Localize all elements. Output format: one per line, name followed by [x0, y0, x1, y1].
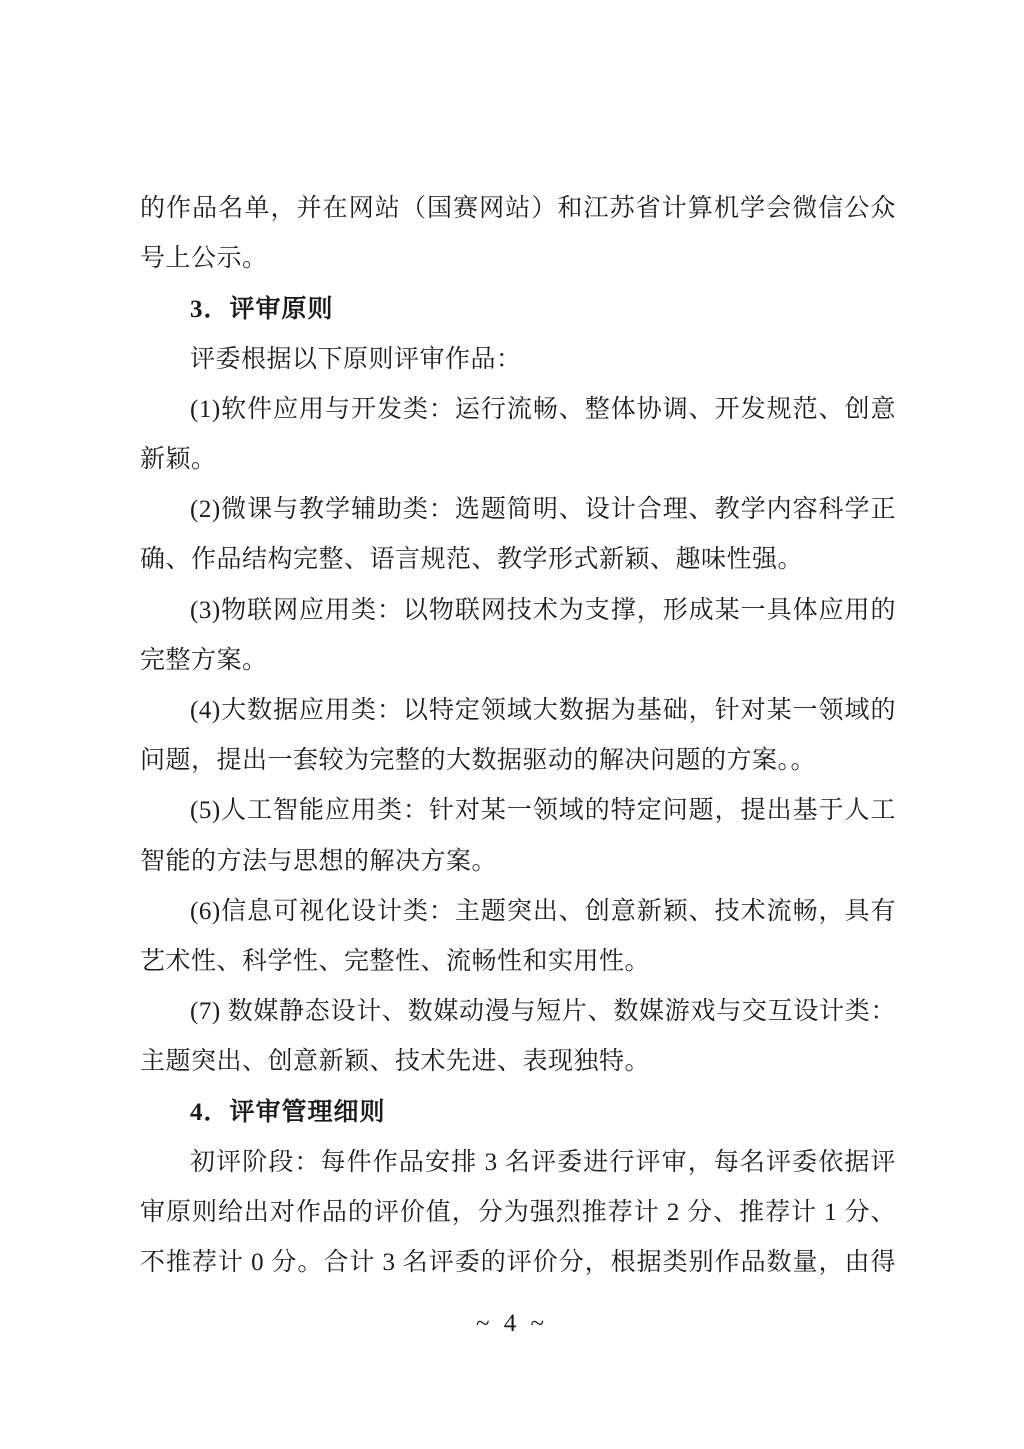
paragraph-line: (1)软件应用与开发类：运行流畅、整体协调、开发规范、创意 [140, 393, 896, 427]
section-3-heading: 3．评审原则 [140, 293, 896, 327]
paragraph-line: (6)信息可视化设计类：主题突出、创意新颖、技术流畅，具有 [140, 895, 896, 929]
paragraph-line: 初评阶段：每件作品安排 3 名评委进行评审，每名评委依据评 [140, 1146, 896, 1180]
paragraph-line: (4)大数据应用类：以特定领域大数据为基础，针对某一领域的 [140, 694, 896, 728]
paragraph-line: 艺术性、科学性、完整性、流畅性和实用性。 [140, 945, 896, 979]
section-4-heading: 4．评审管理细则 [140, 1096, 896, 1130]
paragraph-line: 不推荐计 0 分。合计 3 名评委的评价分，根据类别作品数量，由得 [140, 1246, 896, 1280]
paragraph-line: 审原则给出对作品的评价值，分为强烈推荐计 2 分、推荐计 1 分、 [140, 1196, 896, 1230]
paragraph-line: 完整方案。 [140, 644, 896, 678]
paragraph-line: 智能的方法与思想的解决方案。 [140, 845, 896, 879]
paragraph-line: 新颖。 [140, 443, 896, 477]
paragraph-line: 确、作品结构完整、语言规范、教学形式新颖、趣味性强。 [140, 543, 896, 577]
paragraph-line: (2)微课与教学辅助类：选题简明、设计合理、教学内容科学正 [140, 493, 896, 527]
page-number: ~ 4 ~ [0, 1308, 1024, 1340]
paragraph-line: 评委根据以下原则评审作品： [140, 343, 896, 377]
paragraph-line: (7) 数媒静态设计、数媒动漫与短片、数媒游戏与交互设计类： [140, 995, 896, 1029]
paragraph-line: 主题突出、创意新颖、技术先进、表现独特。 [140, 1045, 896, 1079]
paragraph-line: (3)物联网应用类：以物联网技术为支撑，形成某一具体应用的 [140, 594, 896, 628]
paragraph-line: (5)人工智能应用类：针对某一领域的特定问题，提出基于人工 [140, 794, 896, 828]
paragraph-line: 号上公示。 [140, 242, 896, 276]
paragraph-line: 问题，提出一套较为完整的大数据驱动的解决问题的方案。。 [140, 744, 896, 778]
document-page: 的作品名单，并在网站（国赛网站）和江苏省计算机学会微信公众 号上公示。 3．评审… [0, 0, 1024, 1449]
paragraph-line: 的作品名单，并在网站（国赛网站）和江苏省计算机学会微信公众 [140, 192, 896, 226]
